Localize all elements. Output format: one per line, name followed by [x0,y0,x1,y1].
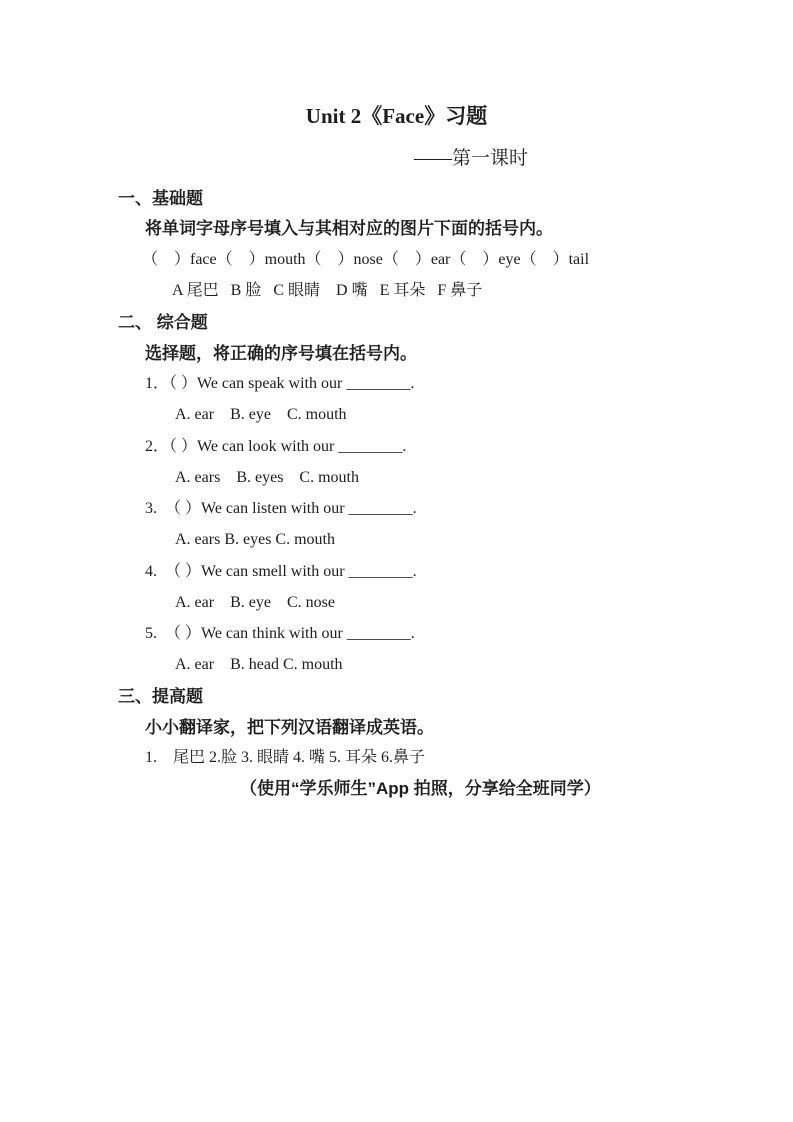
question-5-options: A. ear B. head C. mouth [175,655,343,675]
app-share-note: （使用“学乐师生”App 拍照，分享给全班同学） [240,778,601,799]
section-3-instruction: 小小翻译家，把下列汉语翻译成英语。 [145,717,434,738]
word-bank-line: （ ）face（ ）mouth（ ）nose（ ）ear（ ）eye（ ）tai… [142,250,589,270]
question-1-stem: 1．（ ）We can speak with our ________. [145,374,414,394]
section-1-instruction: 将单词字母序号填入与其相对应的图片下面的括号内。 [145,218,553,239]
question-4-options: A. ear B. eye C. nose [175,593,335,613]
question-3-options: A. ears B. eyes C. mouth [175,530,335,550]
question-2-stem: 2．（ ）We can look with our ________. [145,437,406,457]
translation-items-line: 1. 尾巴 2.脸 3. 眼睛 4. 嘴 5. 耳朵 6.鼻子 [145,748,425,768]
section-3-heading: 三、提高题 [118,686,203,707]
doc-title: Unit 2《Face》习题 [0,103,793,129]
section-1-heading: 一、基础题 [118,188,203,209]
doc-subtitle: ——第一课时 [414,147,528,171]
section-2-instruction: 选择题，将正确的序号填在括号内。 [145,343,417,364]
section-2-heading: 二、 综合题 [118,312,208,333]
question-3-stem: 3. （ ）We can listen with our ________. [145,499,417,519]
question-1-options: A. ear B. eye C. mouth [175,405,347,425]
worksheet-page: Unit 2《Face》习题 ——第一课时 一、基础题 将单词字母序号填入与其相… [0,0,793,1122]
question-2-options: A. ears B. eyes C. mouth [175,468,359,488]
question-4-stem: 4. （ ）We can smell with our ________. [145,562,417,582]
question-5-stem: 5. （ ）We can think with our ________. [145,624,415,644]
answer-key-line: A 尾巴 B 脸 C 眼睛 D 嘴 E 耳朵 F 鼻子 [172,281,482,301]
